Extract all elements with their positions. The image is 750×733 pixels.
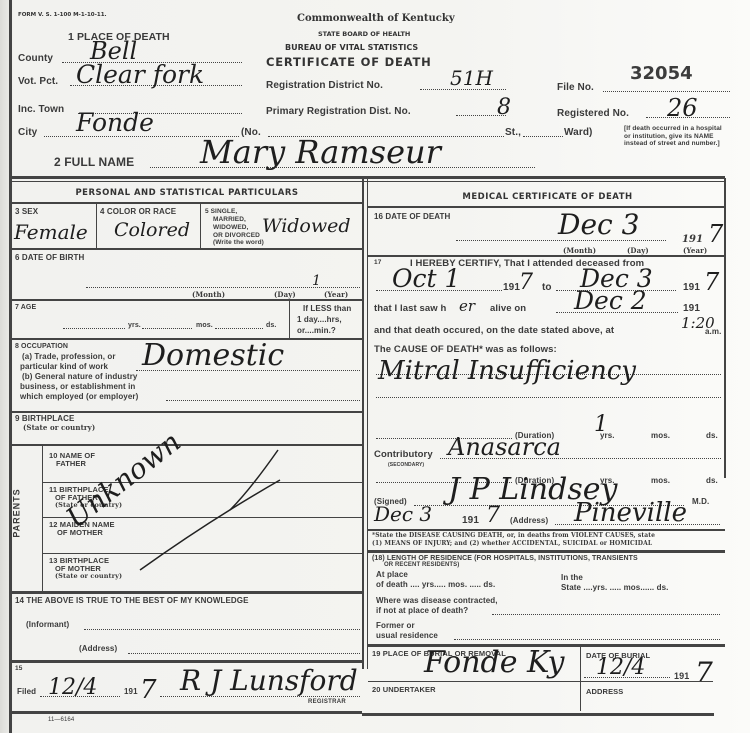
former-residence-1: Former or [376, 621, 415, 630]
occupation-b-line [166, 400, 360, 401]
burial-year-suffix: 7 [695, 656, 713, 689]
signed-date-value: Dec 3 [374, 502, 432, 526]
at-place-2: of death .... yrs..... mos. ..... ds. [376, 580, 495, 589]
parents-label: PARENTS [12, 488, 22, 537]
duration-mos-2: mos. [651, 476, 670, 485]
dod-year-prefix: 191 [682, 234, 703, 245]
signed-address-value: Pineville [574, 498, 687, 528]
board-name: STATE BOARD OF HEALTH [318, 30, 410, 38]
informant-label: (Informant) [26, 620, 69, 629]
last-saw-text-2: alive on [490, 303, 526, 314]
primary-registration-label: Primary Registration Dist. No. [266, 106, 411, 117]
street-label: St., [505, 127, 521, 138]
age-yrs-line [63, 328, 125, 329]
birthplace-caption: (State or country) [23, 424, 95, 431]
in-state-1: In the [561, 573, 583, 582]
dod-month-caption: (Month) [563, 247, 596, 254]
father-name-label-2: FATHER [56, 460, 86, 467]
signed-year-prefix: 191 [462, 515, 479, 526]
death-occurred-text: and that death occured, on the date stat… [374, 325, 614, 336]
certify-number: 17 [374, 259, 381, 266]
filed-year-suffix: 7 [140, 675, 157, 705]
hospital-note: [If death occurred in a hospital or inst… [624, 125, 730, 148]
contracted-line [492, 614, 720, 615]
registrar-label: REGISTRAR [308, 699, 346, 706]
birthplace-label: 9 BIRTHPLACE [15, 414, 74, 423]
father-name-label-1: 10 NAME OF [49, 452, 95, 459]
attended-from-year-suffix: 7 [519, 270, 533, 295]
informant-address-line [128, 653, 360, 654]
burial-year-prefix: 191 [674, 671, 689, 681]
file-no-line [603, 91, 730, 92]
duration-ds-2: ds. [706, 476, 718, 485]
footnote-line-1: *State the DISEASE CAUSING DEATH, or, in… [372, 532, 655, 539]
filed-number: 15 [15, 665, 22, 672]
informant-address-label: (Address) [79, 644, 117, 653]
bottom-rule-right [362, 713, 714, 716]
death-time-suffix: a.m. [705, 327, 721, 336]
marital-label-4: OR DIVORCED [213, 232, 260, 239]
medical-section-title: MEDICAL CERTIFICATE OF DEATH [370, 192, 725, 202]
medical-rule-1 [368, 255, 725, 257]
age-yrs: yrs. [128, 322, 141, 329]
mother-birthplace-label-1: 13 BIRTHPLACE [49, 557, 109, 564]
occupation-value: Domestic [142, 338, 284, 373]
commonwealth-title: Commonwealth of Kentucky [297, 13, 455, 24]
primary-registration-value: 8 [497, 95, 511, 120]
dob-year-caption: (Year) [324, 291, 348, 298]
to-label: to [542, 282, 552, 293]
ward-line [523, 136, 563, 137]
dob-year-value: 1 [312, 273, 321, 289]
duration-ds-1: ds. [706, 431, 718, 440]
personal-section-title: PERSONAL AND STATISTICAL PARTICULARS [12, 188, 362, 198]
dod-year-caption: (Year) [683, 247, 707, 254]
county-label: County [18, 53, 53, 64]
undertaker-label: 20 UNDERTAKER [372, 686, 436, 693]
in-state-2: State ....yrs. ..... mos...... ds. [561, 583, 668, 592]
attended-to-year: 191 [683, 282, 700, 293]
full-name-value: Mary Ramseur [200, 133, 441, 171]
filed-year-prefix: 191 [124, 687, 138, 696]
occupation-b-2: business, or establishment in [20, 382, 135, 391]
attended-to-year-suffix: 7 [704, 268, 719, 296]
occupation-a-1: (a) Trade, profession, or [22, 352, 116, 361]
footnote-top-rule [368, 529, 725, 531]
form-number: FORM V. S. 1-100 M-1-10-11. [18, 12, 107, 18]
less-than-line-3: or....min.? [297, 326, 336, 335]
residence-title-1: (18) LENGTH OF RESIDENCE (FOR HOSPITALS,… [372, 555, 638, 562]
cause-value: Mitral Insufficiency [378, 356, 636, 386]
attended-from-value: Oct 1 [392, 264, 460, 293]
informant-title: 14 THE ABOVE IS TRUE TO THE BEST OF MY K… [15, 596, 249, 605]
undertaker-address-label: ADDRESS [586, 688, 623, 695]
burial-date-value: 12/4 [596, 655, 645, 680]
race-label: 4 COLOR OR RACE [100, 207, 176, 216]
file-no-label: File No. [557, 82, 594, 93]
attended-from-year: 191 [503, 282, 520, 293]
registration-district-value: 51H [450, 66, 493, 90]
cause-line-2 [376, 397, 721, 398]
duration-yrs-1: yrs. [600, 431, 615, 440]
dob-month-caption: (Month) [192, 291, 225, 298]
contributory-label: Contributory [374, 449, 433, 460]
marital-label-3: WIDOWED, [213, 224, 248, 231]
full-name-label: 2 FULL NAME [54, 155, 134, 169]
marital-label-5: (Write the word) [213, 239, 264, 246]
former-residence-line [454, 639, 720, 640]
occupation-b-3: which employed (or employer) [20, 392, 138, 401]
age-mos: mos. [196, 322, 213, 329]
filed-label: Filed [17, 687, 36, 696]
signed-address-label: (Address) [510, 516, 548, 525]
personal-title-rule [9, 202, 362, 204]
dob-day-caption: (Day) [274, 291, 296, 298]
registered-no-value: 26 [667, 94, 698, 122]
city-label: City [18, 127, 37, 138]
contracted-1: Where was disease contracted, [376, 596, 498, 605]
occupation-label: 8 OCCUPATION [15, 343, 68, 350]
contributory-caption: (SECONDARY) [388, 462, 424, 469]
footnote-bottom-rule [368, 550, 725, 553]
sex-label: 3 SEX [15, 207, 38, 216]
filed-date-value: 12/4 [48, 675, 97, 700]
at-place-1: At place [376, 570, 408, 579]
less-than-line-2: 1 day....hrs, [297, 315, 342, 324]
row-rule-1 [9, 248, 362, 250]
footnote-line-2: (1) MEANS OF INJURY; and (2) whether ACC… [372, 540, 652, 547]
dod-value: Dec 3 [558, 208, 639, 241]
certificate-title: CERTIFICATE OF DEATH [266, 55, 432, 69]
undertaker-rule [368, 681, 713, 682]
ward-label: Ward) [564, 127, 592, 138]
mother-birthplace-label-3: (State or country) [55, 573, 122, 580]
last-saw-text-1: that I last saw h [374, 303, 446, 314]
dob-label: 6 DATE OF BIRTH [15, 253, 84, 262]
last-saw-value: Dec 2 [574, 286, 647, 315]
race-divider [200, 203, 201, 248]
registrar-signature: R J Lunsford [180, 664, 358, 697]
bottom-rule-left [9, 711, 362, 714]
occupation-a-2: particular kind of work [20, 362, 108, 371]
burial-value: Fonde Ky [424, 645, 565, 680]
mother-birthplace-label-2: OF MOTHER [55, 565, 101, 572]
last-saw-pronoun: er [459, 297, 475, 315]
cause-label: The CAUSE OF DEATH* was as follows: [374, 344, 557, 355]
informant-top-rule [9, 591, 362, 594]
column-divider [362, 179, 364, 669]
residence-title-2: OR RECENT RESIDENTS) [384, 562, 459, 569]
signed-year-suffix: 7 [486, 503, 500, 528]
print-code: 11—6164 [48, 717, 74, 724]
dod-day-caption: (Day) [627, 247, 649, 254]
sex-divider [96, 203, 97, 248]
death-certificate: FORM V. S. 1-100 M-1-10-11. Commonwealth… [0, 0, 750, 733]
age-label: 7 AGE [15, 304, 36, 311]
age-ds-line [215, 328, 263, 329]
marital-value: Widowed [262, 215, 351, 237]
filed-top-rule [9, 660, 362, 663]
column-divider-2 [367, 179, 368, 669]
less-than-line-1: If LESS than [303, 304, 351, 313]
last-saw-year: 191 [683, 303, 700, 314]
medical-title-rule [368, 206, 725, 208]
duration-mos-1: mos. [651, 431, 670, 440]
bureau-name: BUREAU OF VITAL STATISTICS [285, 43, 418, 52]
age-ds: ds. [266, 322, 276, 329]
registered-no-label: Registered No. [557, 108, 629, 119]
row-rule-4 [9, 411, 362, 413]
dod-year-suffix: 7 [708, 220, 723, 248]
city-value: Fonde [76, 108, 154, 137]
informant-line [84, 629, 360, 630]
race-value: Colored [114, 219, 190, 241]
left-border [9, 0, 12, 733]
marital-label-2: MARRIED, [213, 216, 246, 223]
former-residence-2: usual residence [376, 631, 438, 640]
md-label: M.D. [692, 497, 709, 506]
registration-district-label: Registration District No. [266, 80, 383, 91]
sex-value: Female [14, 220, 88, 244]
burial-divider [580, 647, 581, 711]
contracted-2: if not at place of death? [376, 606, 468, 615]
parents-divider [42, 445, 43, 593]
contributory-value: Anasarca [448, 433, 561, 461]
occupation-b-1: (b) General nature of industry [22, 372, 137, 381]
vot-pct-value: Clear fork [76, 60, 204, 89]
marital-label-1: 5 SINGLE, [205, 208, 237, 215]
vot-pct-label: Vot. Pct. [18, 76, 58, 87]
age-mos-line [142, 328, 192, 329]
file-number-stamp: 32054 [630, 63, 693, 84]
age-divider [289, 300, 290, 338]
right-border [724, 178, 726, 478]
dod-label: 16 DATE OF DEATH [374, 212, 450, 221]
inc-town-label: Inc. Town [18, 104, 64, 115]
parents-strike-lines [130, 430, 290, 580]
row-rule-2 [9, 299, 362, 301]
